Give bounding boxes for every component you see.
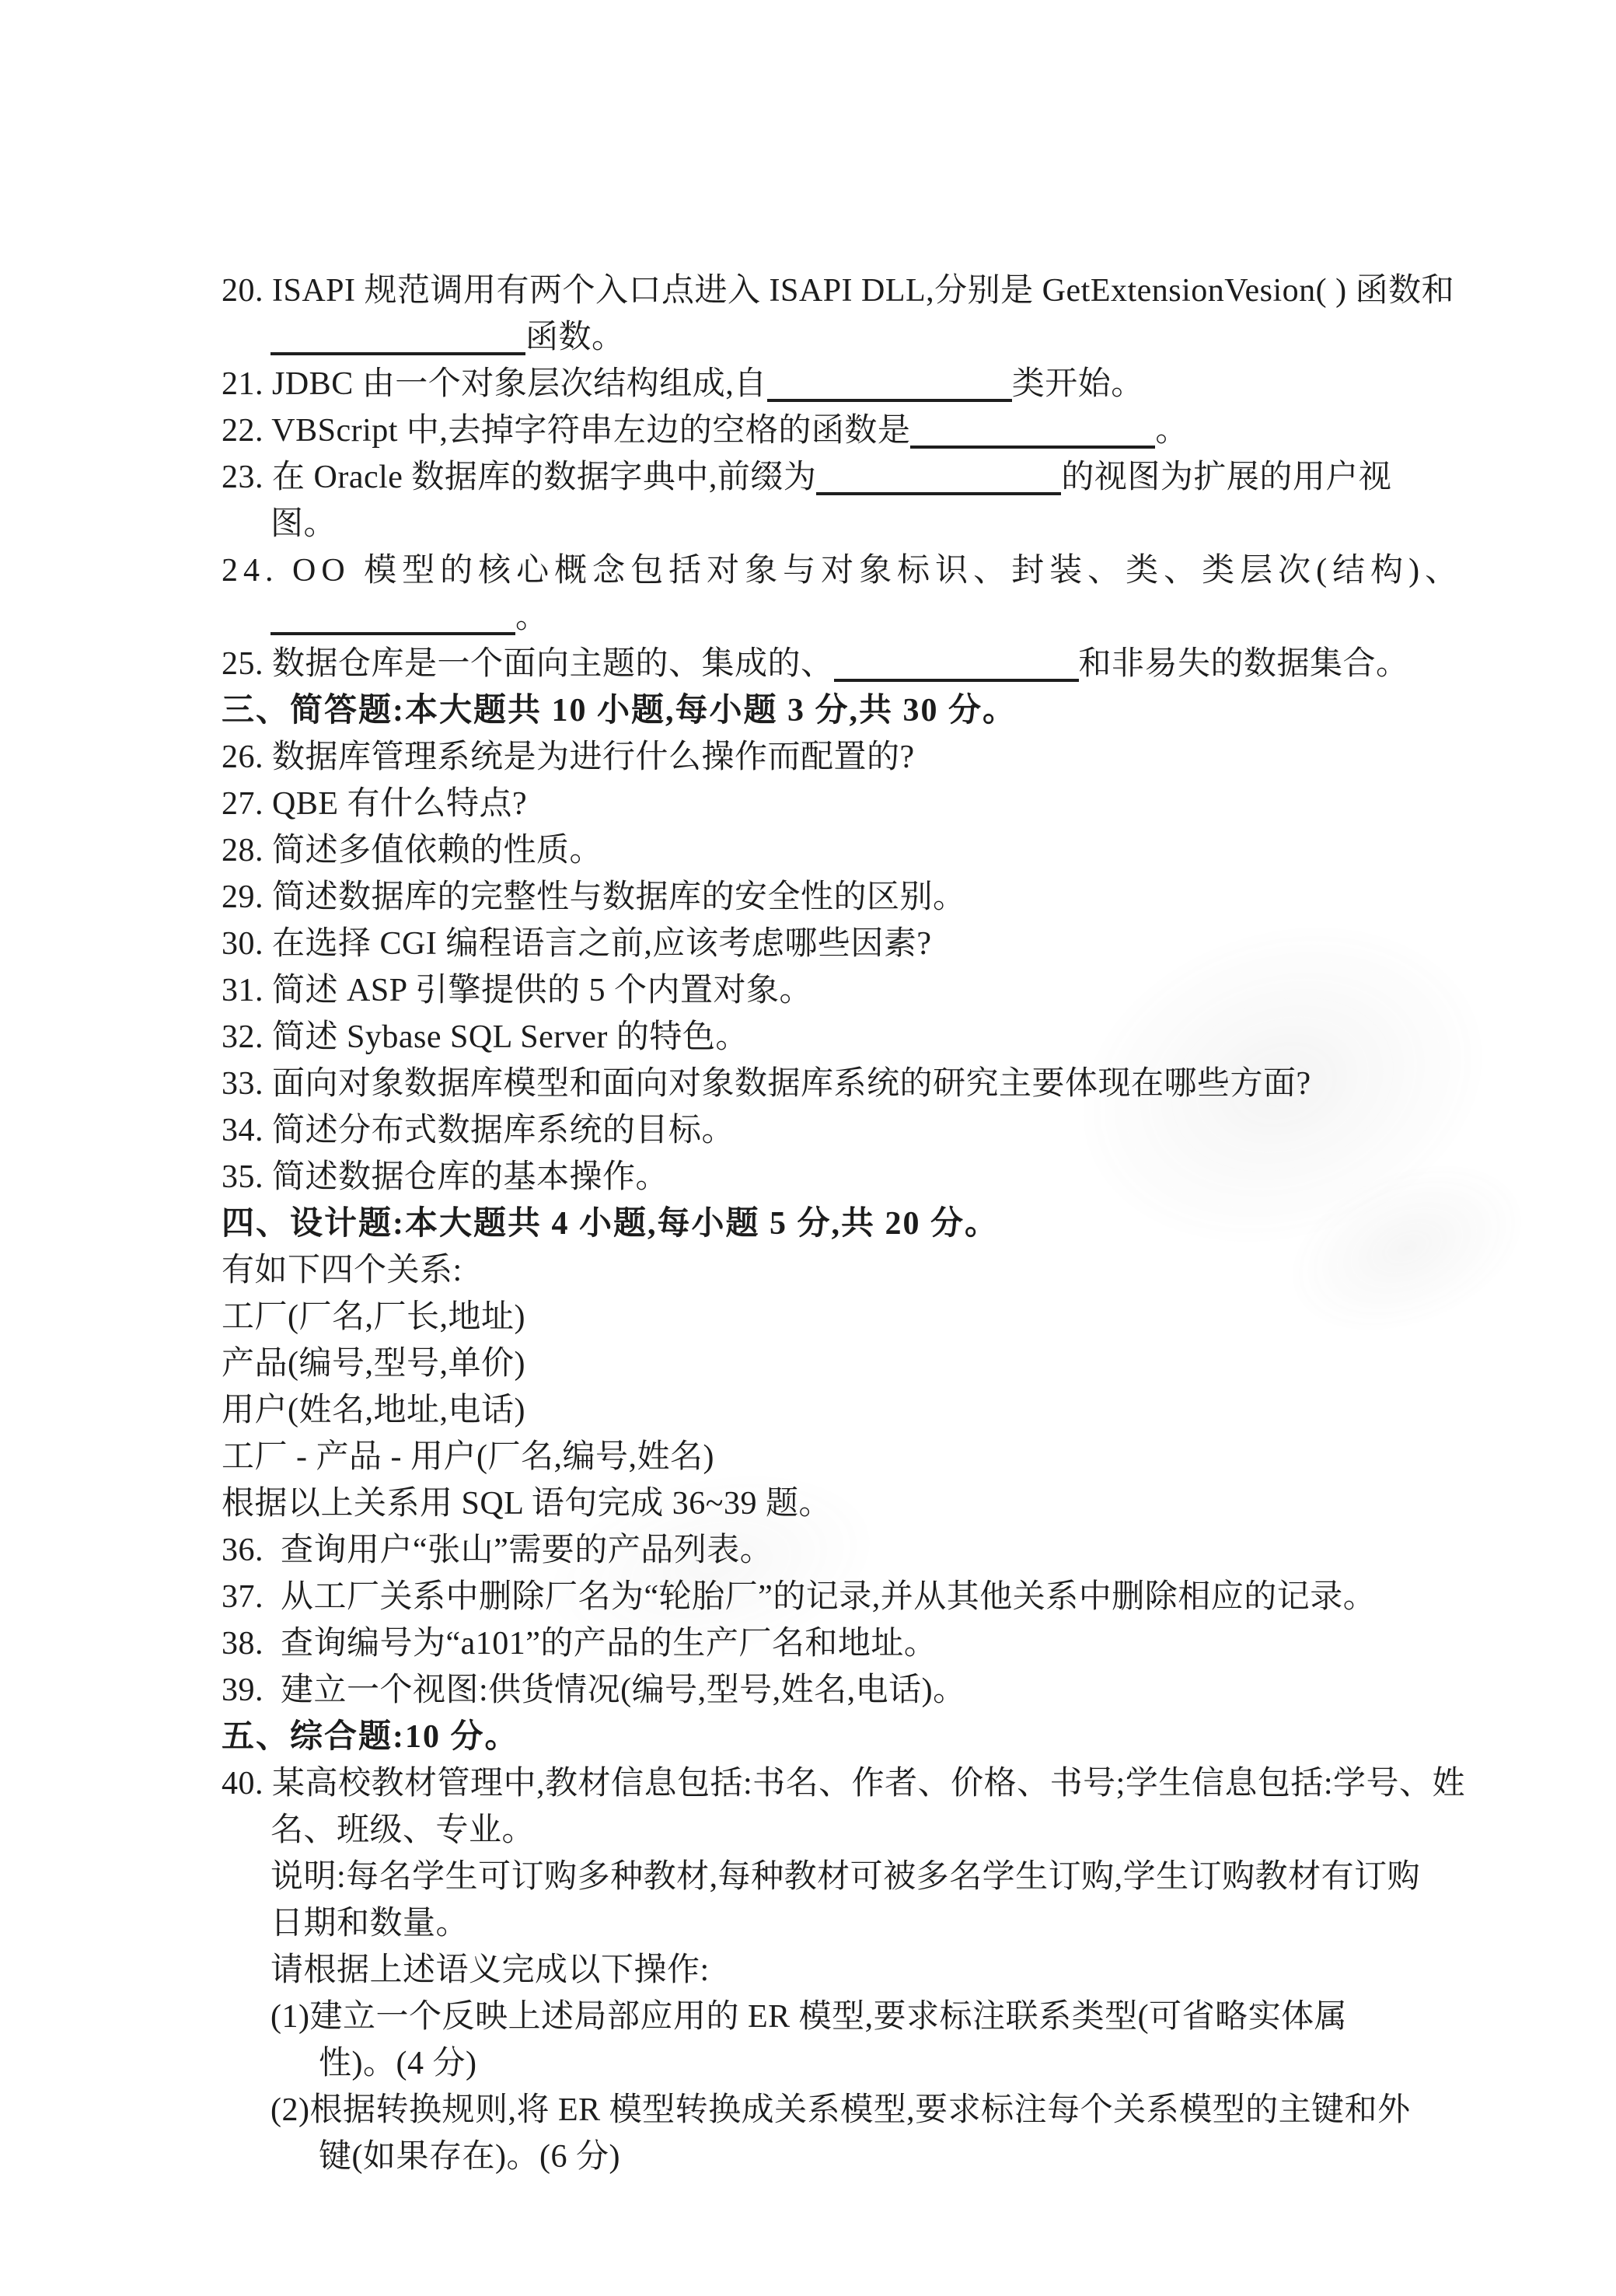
text-run: 22. VBScript 中,去掉字符串左边的空格的函数是 xyxy=(222,413,910,449)
q29: 29. 简述数据库的完整性与数据库的安全性的区别。 xyxy=(222,874,966,921)
text-run: 38. 查询编号为“a101”的产品的生产厂名和地址。 xyxy=(222,1626,937,1662)
text-run: 四、设计题:本大题共 4 小题,每小题 5 分,共 20 分。 xyxy=(222,1206,999,1242)
p-rel-user: 用户(姓名,地址,电话) xyxy=(222,1387,525,1434)
q40-l2: 名、班级、专业。 xyxy=(270,1807,535,1854)
text-run: 35. 简述数据仓库的基本操作。 xyxy=(222,1159,668,1195)
text-run: 。 xyxy=(1155,413,1188,449)
watermark-smudge xyxy=(1254,1123,1560,1373)
p-rel-factory-product-user: 工厂 - 产品 - 用户(厂名,编号,姓名) xyxy=(222,1434,714,1480)
answer-blank xyxy=(910,446,1155,449)
q40-sub2-l1: (2)根据转换规则,将 ER 模型转换成关系模型,要求标注每个关系模型的主键和外 xyxy=(270,2087,1411,2133)
text-run: 性)。(4 分) xyxy=(319,2046,476,2081)
text-run: 25. 数据仓库是一个面向主题的、集成的、 xyxy=(222,646,834,682)
q31: 31. 简述 ASP 引擎提供的 5 个内置对象。 xyxy=(222,967,812,1014)
text-run: 工厂(厂名,厂长,地址) xyxy=(222,1299,525,1335)
text-run: 21. JDBC 由一个对象层次结构组成,自 xyxy=(222,366,767,402)
text-run: 和非易失的数据集合。 xyxy=(1079,646,1409,682)
text-run: 有如下四个关系: xyxy=(222,1253,462,1288)
answer-blank xyxy=(270,352,525,355)
q25: 25. 数据仓库是一个面向主题的、集成的、和非易失的数据集合。 xyxy=(222,641,1409,687)
q40-sub1-l2: 性)。(4 分) xyxy=(319,2040,476,2087)
q22: 22. VBScript 中,去掉字符串左边的空格的函数是。 xyxy=(222,407,1188,454)
q32: 32. 简述 Sybase SQL Server 的特色。 xyxy=(222,1014,749,1061)
text-run: 27. QBE 有什么特点? xyxy=(222,786,527,822)
text-run: (2)根据转换规则,将 ER 模型转换成关系模型,要求标注每个关系模型的主键和外 xyxy=(270,2092,1411,2128)
text-run: 28. 简述多值依赖的性质。 xyxy=(222,833,602,868)
q40-sub2-l2: 键(如果存在)。(6 分) xyxy=(319,2133,620,2180)
q21: 21. JDBC 由一个对象层次结构组成,自类开始。 xyxy=(222,361,1144,407)
q30: 30. 在选择 CGI 编程语言之前,应该考虑哪些因素? xyxy=(222,921,931,967)
sec-5: 五、综合题:10 分。 xyxy=(222,1714,519,1760)
q23-l2: 图。 xyxy=(270,501,337,547)
sec-3: 三、简答题:本大题共 10 小题,每小题 3 分,共 30 分。 xyxy=(222,687,1017,734)
text-run: 产品(编号,型号,单价) xyxy=(222,1346,525,1382)
p-relations-intro: 有如下四个关系: xyxy=(222,1247,462,1294)
p-rel-factory: 工厂(厂名,厂长,地址) xyxy=(222,1294,525,1340)
q24-l1: 24. OO 模型的核心概念包括对象与对象标识、封装、类、类层次(结构)、 xyxy=(222,547,1463,594)
text-run: 的视图为扩展的用户视 xyxy=(1061,460,1391,495)
text-run: 36. 查询用户“张山”需要的产品列表。 xyxy=(222,1532,773,1568)
q26: 26. 数据库管理系统是为进行什么操作而配置的? xyxy=(222,734,915,781)
text-run: 日期和数量。 xyxy=(270,1906,469,1941)
q40-l3: 说明:每名学生可订购多种教材,每种教材可被多名学生订购,学生订购教材有订购 xyxy=(270,1854,1420,1900)
q20-l1: 20. ISAPI 规范调用有两个入口点进入 ISAPI DLL,分别是 Get… xyxy=(222,267,1454,314)
text-run: 类开始。 xyxy=(1012,366,1144,402)
text-run: 20. ISAPI 规范调用有两个入口点进入 ISAPI DLL,分别是 Get… xyxy=(222,273,1454,309)
text-run: 40. 某高校教材管理中,教材信息包括:书名、作者、价格、书号;学生信息包括:学… xyxy=(222,1766,1465,1802)
q40-l5: 请根据上述语义完成以下操作: xyxy=(270,1947,710,1994)
text-run: 五、综合题:10 分。 xyxy=(222,1719,519,1755)
q40-l1: 40. 某高校教材管理中,教材信息包括:书名、作者、价格、书号;学生信息包括:学… xyxy=(222,1760,1465,1807)
answer-blank xyxy=(270,632,515,635)
text-run: 请根据上述语义完成以下操作: xyxy=(270,1952,710,1988)
text-run: 说明:每名学生可订购多种教材,每种教材可被多名学生订购,学生订购教材有订购 xyxy=(270,1859,1420,1895)
text-run: 37. 从工厂关系中删除厂名为“轮胎厂”的记录,并从其他关系中删除相应的记录。 xyxy=(222,1579,1376,1615)
answer-blank xyxy=(767,399,1012,402)
answer-blank xyxy=(816,492,1061,495)
q35: 35. 简述数据仓库的基本操作。 xyxy=(222,1154,668,1200)
q27: 27. QBE 有什么特点? xyxy=(222,781,527,827)
q20-l2: 函数。 xyxy=(270,314,625,361)
text-run: 33. 面向对象数据库模型和面向对象数据库系统的研究主要体现在哪些方面? xyxy=(222,1066,1311,1102)
text-run: 30. 在选择 CGI 编程语言之前,应该考虑哪些因素? xyxy=(222,926,931,962)
q39: 39. 建立一个视图:供货情况(编号,型号,姓名,电话)。 xyxy=(222,1667,966,1714)
text-run: 24. OO 模型的核心概念包括对象与对象标识、封装、类、类层次(结构)、 xyxy=(222,553,1463,589)
text-run: 31. 简述 ASP 引擎提供的 5 个内置对象。 xyxy=(222,973,812,1008)
text-run: 。 xyxy=(515,599,549,635)
q24-l2: 。 xyxy=(270,594,549,641)
text-run: 29. 简述数据库的完整性与数据库的安全性的区别。 xyxy=(222,879,966,915)
q34: 34. 简述分布式数据库系统的目标。 xyxy=(222,1107,735,1154)
text-run: (1)建立一个反映上述局部应用的 ER 模型,要求标注联系类型(可省略实体属 xyxy=(270,1999,1347,2035)
p-rel-product: 产品(编号,型号,单价) xyxy=(222,1340,525,1387)
exam-page: 20. ISAPI 规范调用有两个入口点进入 ISAPI DLL,分别是 Get… xyxy=(0,0,1616,2296)
p-sql-note: 根据以上关系用 SQL 语句完成 36~39 题。 xyxy=(222,1480,832,1527)
q37: 37. 从工厂关系中删除厂名为“轮胎厂”的记录,并从其他关系中删除相应的记录。 xyxy=(222,1574,1376,1620)
text-run: 26. 数据库管理系统是为进行什么操作而配置的? xyxy=(222,739,915,775)
q33: 33. 面向对象数据库模型和面向对象数据库系统的研究主要体现在哪些方面? xyxy=(222,1061,1311,1107)
text-run: 根据以上关系用 SQL 语句完成 36~39 题。 xyxy=(222,1486,832,1522)
text-run: 工厂 - 产品 - 用户(厂名,编号,姓名) xyxy=(222,1439,714,1475)
text-run: 三、简答题:本大题共 10 小题,每小题 3 分,共 30 分。 xyxy=(222,693,1017,729)
text-run: 34. 简述分布式数据库系统的目标。 xyxy=(222,1113,735,1148)
text-run: 23. 在 Oracle 数据库的数据字典中,前缀为 xyxy=(222,460,816,495)
sec-4: 四、设计题:本大题共 4 小题,每小题 5 分,共 20 分。 xyxy=(222,1200,999,1247)
text-run: 函数。 xyxy=(525,320,625,355)
q28: 28. 简述多值依赖的性质。 xyxy=(222,827,602,874)
text-run: 39. 建立一个视图:供货情况(编号,型号,姓名,电话)。 xyxy=(222,1672,966,1708)
text-run: 用户(姓名,地址,电话) xyxy=(222,1393,525,1428)
text-run: 图。 xyxy=(270,506,337,542)
q36: 36. 查询用户“张山”需要的产品列表。 xyxy=(222,1527,773,1574)
text-run: 32. 简述 Sybase SQL Server 的特色。 xyxy=(222,1019,749,1055)
text-run: 名、班级、专业。 xyxy=(270,1812,535,1848)
q38: 38. 查询编号为“a101”的产品的生产厂名和地址。 xyxy=(222,1620,937,1667)
text-run: 键(如果存在)。(6 分) xyxy=(319,2139,620,2175)
q40-sub1-l1: (1)建立一个反映上述局部应用的 ER 模型,要求标注联系类型(可省略实体属 xyxy=(270,1994,1347,2040)
q23-l1: 23. 在 Oracle 数据库的数据字典中,前缀为的视图为扩展的用户视 xyxy=(222,454,1391,501)
answer-blank xyxy=(834,679,1079,682)
q40-l4: 日期和数量。 xyxy=(270,1900,469,1947)
